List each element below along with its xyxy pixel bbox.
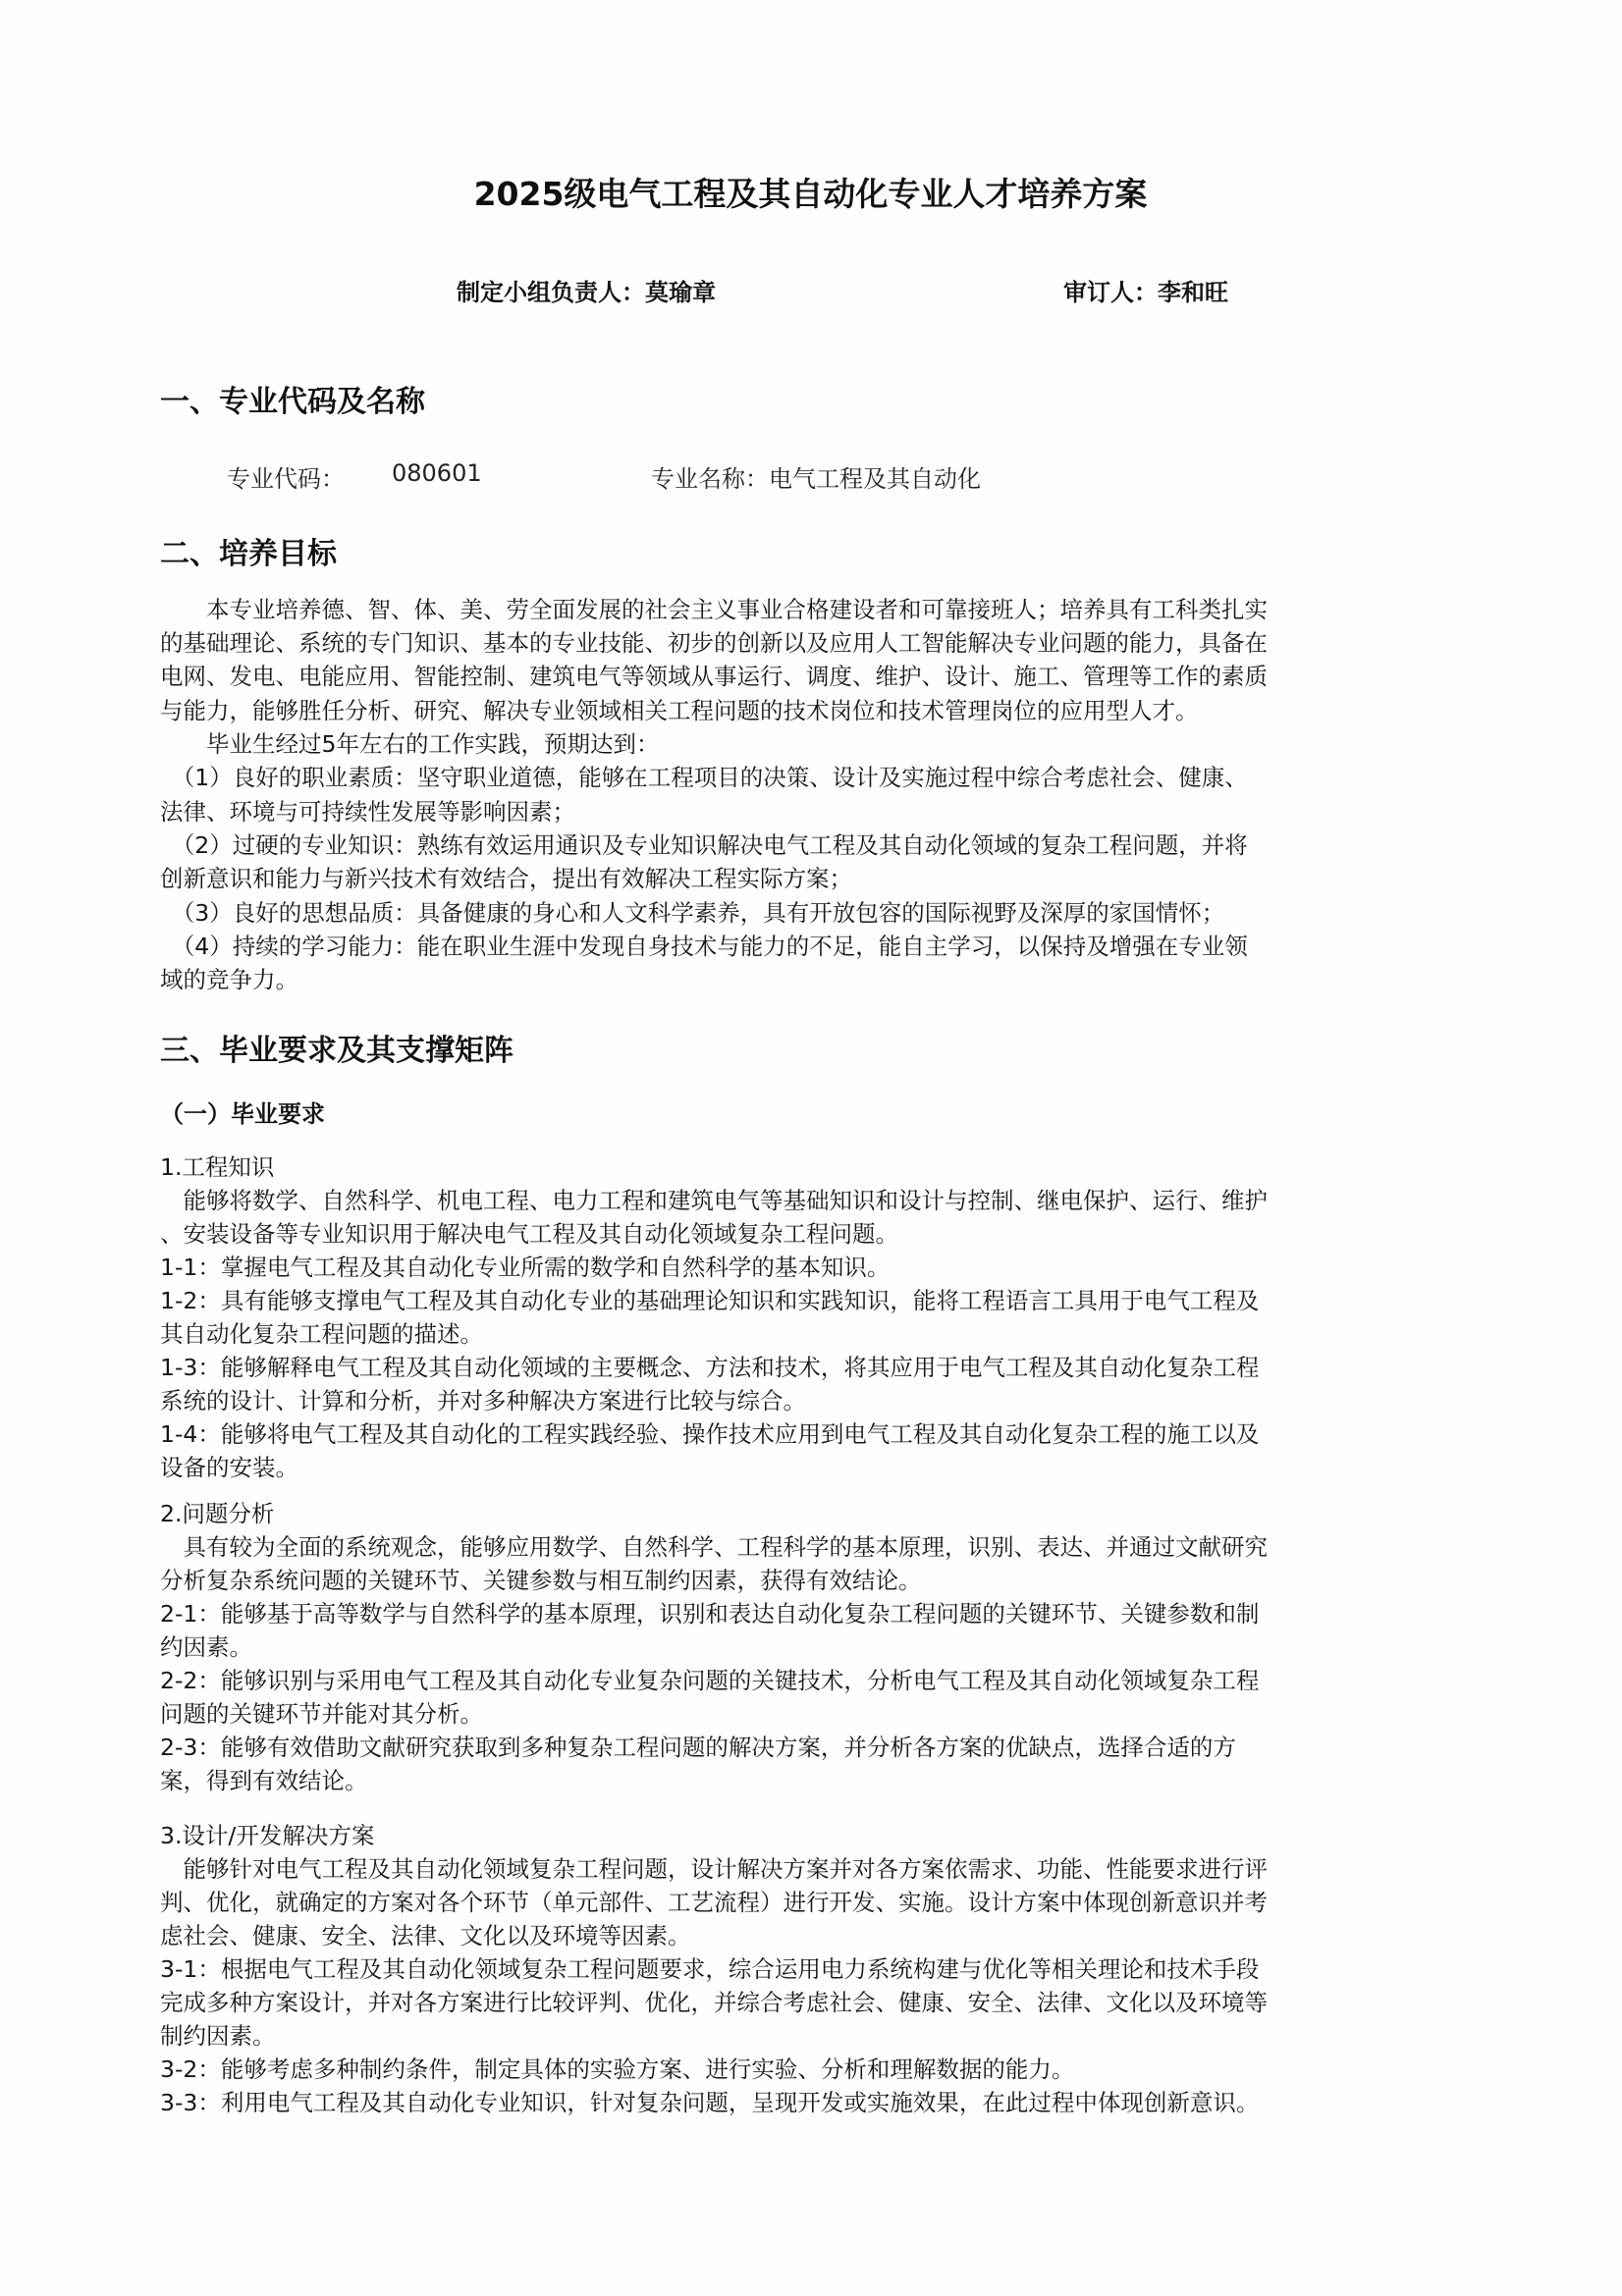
requirement-line: 具有较为全面的系统观念，能够应用数学、自然科学、工程科学的基本原理，识别、表达、… [160,1530,1461,1564]
requirement-line: 系统的设计、计算和分析，并对多种解决方案进行比较与综合。 [160,1384,1461,1417]
objectives-line: 域的竞争力。 [160,963,1461,996]
requirement-line: 完成多种方案设计，并对各方案进行比较评判、优化，并综合考虑社会、健康、安全、法律… [160,1986,1461,2019]
objectives-line: 毕业生经过5年左右的工作实践，预期达到： [160,727,1461,761]
requirement-line: 判、优化，就确定的方案对各个环节（单元部件、工艺流程）进行开发、实施。设计方案中… [160,1886,1461,1919]
major-code-label: 专业代码： [227,459,345,494]
requirement-line: 、安装设备等专业知识用于解决电气工程及其自动化领域复杂工程问题。 [160,1217,1461,1251]
requirement-line: 设备的安装。 [160,1451,1461,1484]
section-heading-requirements: 三、毕业要求及其支撑矩阵 [160,1026,514,1069]
requirement-line: 虑社会、健康、安全、法律、文化以及环境等因素。 [160,1919,1461,1952]
requirement-line: 其自动化复杂工程问题的描述。 [160,1317,1461,1351]
objectives-line: 创新意识和能力与新兴技术有效结合，提出有效解决工程实际方案； [160,862,1461,895]
objectives-line: 与能力，能够胜任分析、研究、解决专业领域相关工程问题的技术岗位和技术管理岗位的应… [160,694,1461,727]
requirement-line: 分析复杂系统问题的关键环节、关键参数与相互制约因素，获得有效结论。 [160,1564,1461,1597]
requirement-line: 1-4：能够将电气工程及其自动化的工程实践经验、操作技术应用到电气工程及其自动化… [160,1417,1461,1451]
subsection-heading-requirements: （一）毕业要求 [160,1095,325,1129]
requirement-line: 1.工程知识 [160,1150,1461,1184]
objectives-line: （3）良好的思想品质：具备健康的身心和人文科学素养，具有开放包容的国际视野及深厚… [160,896,1461,930]
requirement-line: 3-3：利用电气工程及其自动化专业知识，针对复杂问题，呈现开发或实施效果，在此过… [160,2086,1461,2119]
document-title: 2025级电气工程及其自动化专业人才培养方案 [160,169,1461,215]
objectives-line: 本专业培养德、智、体、美、劳全面发展的社会主义事业合格建设者和可靠接班人；培养具… [160,593,1461,626]
objectives-line: 法律、环境与可持续性发展等影响因素； [160,795,1461,828]
requirement-line: 案，得到有效结论。 [160,1764,1461,1797]
requirement-line: 制约因素。 [160,2019,1461,2053]
objectives-line: 的基础理论、系统的专门知识、基本的专业技能、初步的创新以及应用人工智能解决专业问… [160,626,1461,660]
section-heading-code-name: 一、专业代码及名称 [160,377,425,420]
requirement-line: 2-1：能够基于高等数学与自然科学的基本原理，识别和表达自动化复杂工程问题的关键… [160,1597,1461,1630]
requirement-line: 1-2：具有能够支撑电气工程及其自动化专业的基础理论知识和实践知识，能将工程语言… [160,1284,1461,1317]
requirement-line: 1-3：能够解释电气工程及其自动化领域的主要概念、方法和技术，将其应用于电气工程… [160,1351,1461,1384]
requirement-line: 问题的关键环节并能对其分析。 [160,1697,1461,1731]
requirement-line: 1-1：掌握电气工程及其自动化专业所需的数学和自然科学的基本知识。 [160,1251,1461,1284]
objectives-line: 电网、发电、电能应用、智能控制、建筑电气等领域从事运行、调度、维护、设计、施工、… [160,660,1461,693]
requirement-line: 3.设计/开发解决方案 [160,1819,1461,1852]
section-heading-objectives: 二、培养目标 [160,529,337,572]
lead-author: 制定小组负责人：莫瑜章 [457,273,716,307]
objectives-line: （2）过硬的专业知识：熟练有效运用通识及专业知识解决电气工程及其自动化领域的复杂… [160,828,1461,862]
major-name: 专业名称：电气工程及其自动化 [651,459,981,494]
requirement-line: 2.问题分析 [160,1497,1461,1530]
requirement-line: 3-1：根据电气工程及其自动化领域复杂工程问题要求，综合运用电力系统构建与优化等… [160,1952,1461,1986]
requirement-line: 2-2：能够识别与采用电气工程及其自动化专业复杂问题的关键技术，分析电气工程及其… [160,1664,1461,1697]
requirement-line: 能够针对电气工程及其自动化领域复杂工程问题，设计解决方案并对各方案依需求、功能、… [160,1852,1461,1886]
requirement-line: 3-2：能够考虑多种制约条件，制定具体的实验方案、进行实验、分析和理解数据的能力… [160,2053,1461,2086]
reviewer: 审订人：李和旺 [1063,273,1228,307]
objectives-line: （4）持续的学习能力：能在职业生涯中发现自身技术与能力的不足，能自主学习，以保持… [160,930,1461,963]
requirement-line: 2-3：能够有效借助文献研究获取到多种复杂工程问题的解决方案，并分析各方案的优缺… [160,1731,1461,1764]
objectives-line: （1）良好的职业素质：坚守职业道德，能够在工程项目的决策、设计及实施过程中综合考… [160,761,1461,794]
requirement-line: 约因素。 [160,1630,1461,1664]
requirement-line: 能够将数学、自然科学、机电工程、电力工程和建筑电气等基础知识和设计与控制、继电保… [160,1184,1461,1217]
major-code-value: 080601 [392,459,482,487]
